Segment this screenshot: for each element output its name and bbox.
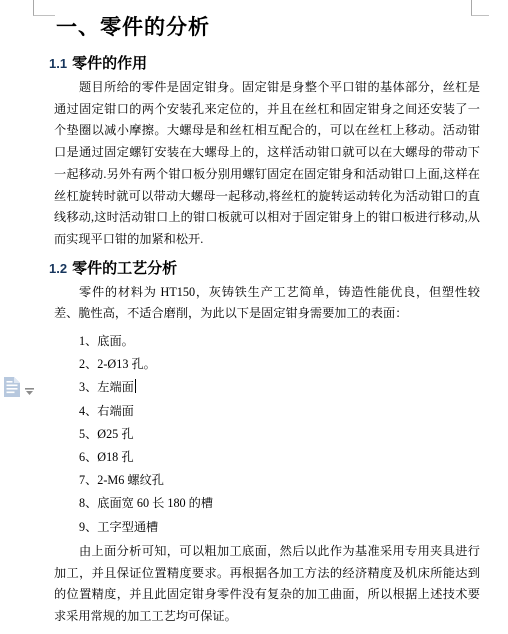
section-heading-1-2: 1.2零件的工艺分析 (49, 258, 480, 280)
text-cursor (135, 379, 136, 393)
document-thumbnail-icon[interactable] (4, 377, 20, 397)
list-item: 3、左端面 (79, 376, 480, 399)
list-item: 5、Ø25 孔 (79, 423, 480, 446)
floating-margin-widget[interactable] (4, 377, 34, 400)
document-page: 一、零件的分析 1.1零件的作用 题目所给的零件是固定钳身。固定钳是身整个平口钳… (0, 0, 508, 634)
section-heading-text: 零件的工艺分析 (72, 261, 177, 277)
list-item: 6、Ø18 孔 (79, 446, 480, 469)
section-number: 1.1 (49, 56, 67, 71)
list-item: 9、工字型通槽 (79, 516, 480, 539)
paragraph-material-intro: 零件的材料为 HT150，灰铸铁生产工艺简单，铸造性能优良，但塑性较差、脆性高，… (54, 282, 480, 325)
list-item: 7、2-M6 螺纹孔 (79, 469, 480, 492)
dropdown-arrow-icon[interactable] (25, 382, 34, 400)
list-item: 1、底面。 (79, 330, 480, 353)
section-heading-1-1: 1.1零件的作用 (49, 53, 480, 75)
doc-title: 一、零件的分析 (56, 12, 480, 43)
paragraph-part-function: 题目所给的零件是固定钳身。固定钳是身整个平口钳的基体部分，丝杠是通过固定钳口的两… (54, 77, 480, 251)
section-heading-text: 零件的作用 (72, 56, 147, 72)
document-content: 一、零件的分析 1.1零件的作用 题目所给的零件是固定钳身。固定钳是身整个平口钳… (54, 0, 480, 628)
list-item: 8、底面宽 60 长 180 的槽 (79, 492, 480, 515)
paragraph-process-conclusion: 由上面分析可知，可以粗加工底面，然后以此作为基准采用专用夹具进行加工，并且保证位… (54, 541, 480, 628)
list-item: 4、右端面 (79, 400, 480, 423)
text-boundary-mark-top-left (33, 0, 55, 16)
machined-surfaces-list: 1、底面。 2、2-Ø13 孔。 3、左端面 4、右端面 5、Ø25 孔 6、Ø… (54, 330, 480, 539)
list-item: 2、2-Ø13 孔。 (79, 353, 480, 376)
section-number: 1.2 (49, 261, 67, 276)
